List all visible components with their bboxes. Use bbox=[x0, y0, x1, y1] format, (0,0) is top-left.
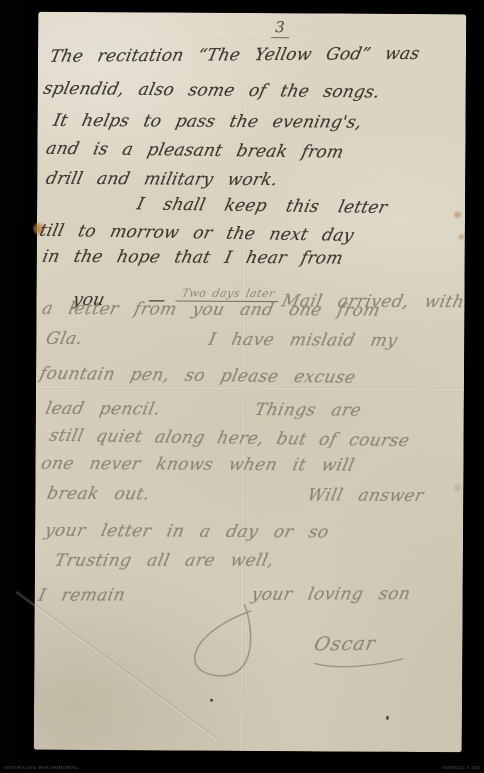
letter-line: I remain your loving son bbox=[37, 584, 413, 606]
letter-line: Trusting all are well, bbox=[53, 551, 276, 571]
letter-line: in the hope that I hear from bbox=[41, 247, 345, 269]
letter-line: and is a pleasant break from bbox=[44, 139, 345, 163]
letter-page: 3 The recitation “The Yellow God” was sp… bbox=[34, 12, 467, 753]
letter-line: one never knows when it will bbox=[39, 454, 356, 476]
letter-line: fountain pen, so please excuse bbox=[38, 364, 358, 388]
letter-line: drill and military work. bbox=[44, 169, 279, 190]
letter-line: a letter from you and one from bbox=[40, 299, 382, 321]
fold-crease-horizontal bbox=[36, 386, 464, 392]
letter-line: till to morrow or the next day bbox=[38, 221, 356, 246]
signature: Oscar bbox=[312, 633, 378, 656]
stain-spot bbox=[453, 482, 461, 493]
fold-crease-corner bbox=[16, 590, 219, 741]
letter-line: splendid, also some of the songs. bbox=[42, 79, 382, 103]
catalog-number: AWM2021.7.342 bbox=[441, 765, 480, 770]
ink-speck bbox=[210, 699, 213, 702]
letter-line: Gla. I have mislaid my bbox=[44, 329, 399, 351]
stain-spot bbox=[453, 210, 462, 219]
letter-line: The recitation “The Yellow God” was bbox=[48, 44, 421, 67]
letter-line: lead pencil. Things are bbox=[44, 399, 364, 421]
stain-spot bbox=[458, 233, 465, 240]
page-number: 3 bbox=[271, 18, 289, 38]
archive-footer: AUSTRALIAN WAR MEMORIAL AWM2021.7.342 bbox=[0, 753, 484, 773]
archive-name-label: AUSTRALIAN WAR MEMORIAL bbox=[4, 765, 78, 770]
letter-line: break out. Will answer bbox=[45, 484, 426, 506]
letter-line: I shall keep this letter bbox=[135, 194, 389, 218]
letter-line: still quiet along here, but of course bbox=[47, 426, 411, 451]
letter-line: It helps to pass the evening's, bbox=[51, 111, 363, 133]
ink-speck bbox=[386, 716, 389, 720]
photo-backdrop: 3 The recitation “The Yellow God” was sp… bbox=[0, 0, 484, 773]
letter-line: your letter in a day or so bbox=[43, 521, 331, 543]
